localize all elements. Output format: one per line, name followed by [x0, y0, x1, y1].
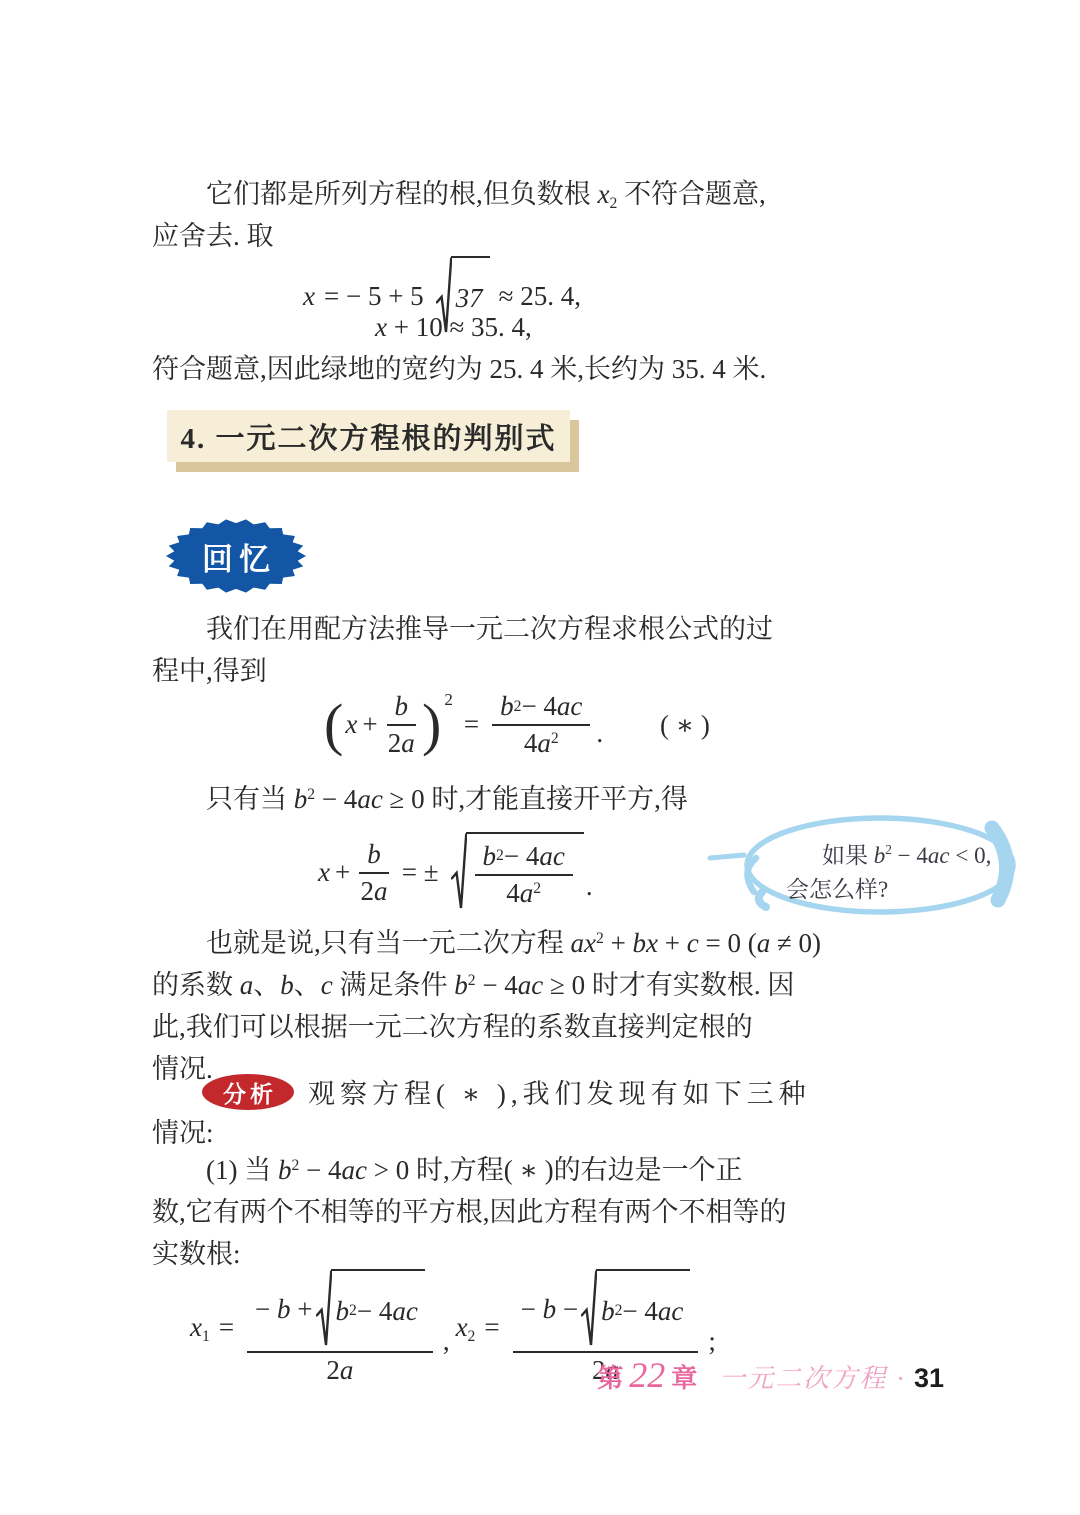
body-line: 情况. — [152, 1052, 213, 1086]
formula-completed-square: ( x + b 2a ) 2 = b2 − 4ac 4a2 . — [322, 690, 603, 759]
exponent: 2 — [444, 690, 453, 710]
chapter-number: 22 — [629, 1354, 665, 1396]
equals-plusminus: = ± — [402, 857, 439, 888]
math-text: − b + — [255, 1294, 312, 1325]
book-title: 一元二次方程 — [719, 1358, 887, 1395]
equals-sign: = — [484, 1312, 499, 1343]
equals-sign: = — [464, 709, 479, 740]
math-var: x — [303, 281, 315, 312]
denominator: 4a2 — [506, 876, 541, 909]
radicand: b2 − 4ac 4a2 — [466, 832, 584, 912]
root-label: x1 — [190, 1312, 210, 1343]
numerator: b2 − 4ac — [492, 690, 590, 726]
subscript: 1 — [202, 1328, 210, 1345]
body-line: 应舍去. 取 — [152, 219, 274, 253]
semicolon: ; — [708, 1326, 716, 1357]
analysis-badge: 分析 — [202, 1074, 294, 1110]
square-root: b2 − 4ac — [581, 1269, 690, 1349]
bubble-line: 会怎么样? — [786, 876, 888, 904]
numerator: b — [387, 690, 417, 726]
math-var: x — [345, 709, 357, 740]
plus-sign: + — [362, 709, 377, 740]
period: . — [596, 718, 603, 749]
numerator: − b + b2 − 4ac — [247, 1268, 433, 1353]
radicand: b2 − 4ac — [596, 1269, 690, 1349]
chapter-prefix: 第 — [597, 1358, 623, 1395]
square-root: b2 − 4ac — [316, 1269, 425, 1349]
body-line: 情况: — [152, 1116, 214, 1150]
body-line: (1) 当 b2 − 4ac > 0 时,方程( ∗ )的右边是一个正 — [152, 1153, 743, 1187]
body-line: 它们都是所列方程的根,但负数根 x2 不符合题意, — [152, 177, 766, 211]
radical-icon — [316, 1269, 332, 1349]
bubble-line: 如果 b2 − 4ac < 0, — [822, 842, 991, 870]
math-var: x — [456, 1312, 468, 1342]
body-line: 我们在用配方法推导一元二次方程求根公式的过 — [152, 612, 773, 646]
plus-sign: + — [335, 857, 350, 888]
formula-sqrt-both-sides: x + b 2a = ± b2 − 4ac 4a2 . — [318, 832, 593, 912]
comma: , — [443, 1326, 450, 1357]
fraction: b 2a — [359, 838, 389, 907]
body-line: 只有当 b2 − 4ac ≥ 0 时,才能直接开平方,得 — [152, 782, 688, 816]
recall-badge: 回忆 — [163, 516, 309, 596]
denominator: 2a — [360, 874, 387, 907]
formula-length: x + 10 ≈ 35. 4, — [375, 310, 532, 344]
analysis-badge-label: 分析 — [219, 1076, 277, 1109]
subscript: 2 — [468, 1328, 476, 1345]
radicand: b2 − 4ac — [331, 1269, 425, 1349]
body-line: 数,它有两个不相等的平方根,因此方程有两个不相等的 — [152, 1195, 787, 1229]
body-line: 实数根: — [152, 1237, 241, 1271]
body-line: 的系数 a、b、c 满足条件 b2 − 4ac ≥ 0 时才有实数根. 因 — [152, 968, 794, 1002]
body-line: 此,我们可以根据一元二次方程的系数直接判定根的 — [152, 1010, 753, 1044]
fraction: b2 − 4ac 4a2 — [492, 690, 590, 759]
equation-tag: ( ∗ ) — [660, 708, 710, 742]
page-number: 31 — [914, 1363, 944, 1394]
denominator: 2a — [326, 1353, 353, 1386]
textbook-page: { "colors": { "text": "#2a2a2a", "header… — [0, 0, 1080, 1515]
numerator: b — [359, 838, 389, 874]
numerator: − b − b2 − 4ac — [513, 1268, 699, 1353]
recall-badge-label: 回忆 — [163, 516, 309, 596]
chapter-suffix: 章 — [671, 1358, 697, 1395]
fraction: b2 − 4ac 4a2 — [475, 840, 573, 909]
numerator: b2 − 4ac — [475, 840, 573, 876]
period: . — [586, 871, 593, 902]
denominator: 4a2 — [524, 726, 559, 759]
math-var: x — [318, 857, 330, 888]
section-header: 4. 一元二次方程根的判别式 — [167, 410, 570, 462]
square-root: b2 − 4ac 4a2 — [451, 832, 584, 912]
math-var: x — [190, 1312, 202, 1342]
math-text: ≈ 25. 4, — [499, 281, 581, 312]
footer: 第 22 章 一元二次方程 · 31 — [597, 1354, 944, 1396]
math-text: = − 5 + 5 — [324, 281, 424, 312]
fraction: b 2a — [387, 690, 417, 759]
root-label: x2 — [456, 1312, 476, 1343]
fraction: − b + b2 − 4ac 2a — [247, 1268, 433, 1386]
body-line: 也就是说,只有当一元二次方程 ax2 + bx + c = 0 (a ≠ 0) — [152, 926, 821, 960]
equals-sign: = — [219, 1312, 234, 1343]
denominator: 2a — [388, 726, 415, 759]
body-line: 观察方程( ∗ ),我们发现有如下三种 — [308, 1077, 811, 1111]
separator-dot: · — [896, 1364, 905, 1394]
body-line: 符合题意,因此绿地的宽约为 25. 4 米,长约为 35. 4 米. — [152, 352, 766, 386]
section-title: 4. 一元二次方程根的判别式 — [180, 416, 556, 457]
radical-icon — [581, 1269, 597, 1349]
body-line: 程中,得到 — [152, 654, 267, 688]
math-text: − b − — [521, 1294, 578, 1325]
radical-icon — [451, 832, 467, 912]
